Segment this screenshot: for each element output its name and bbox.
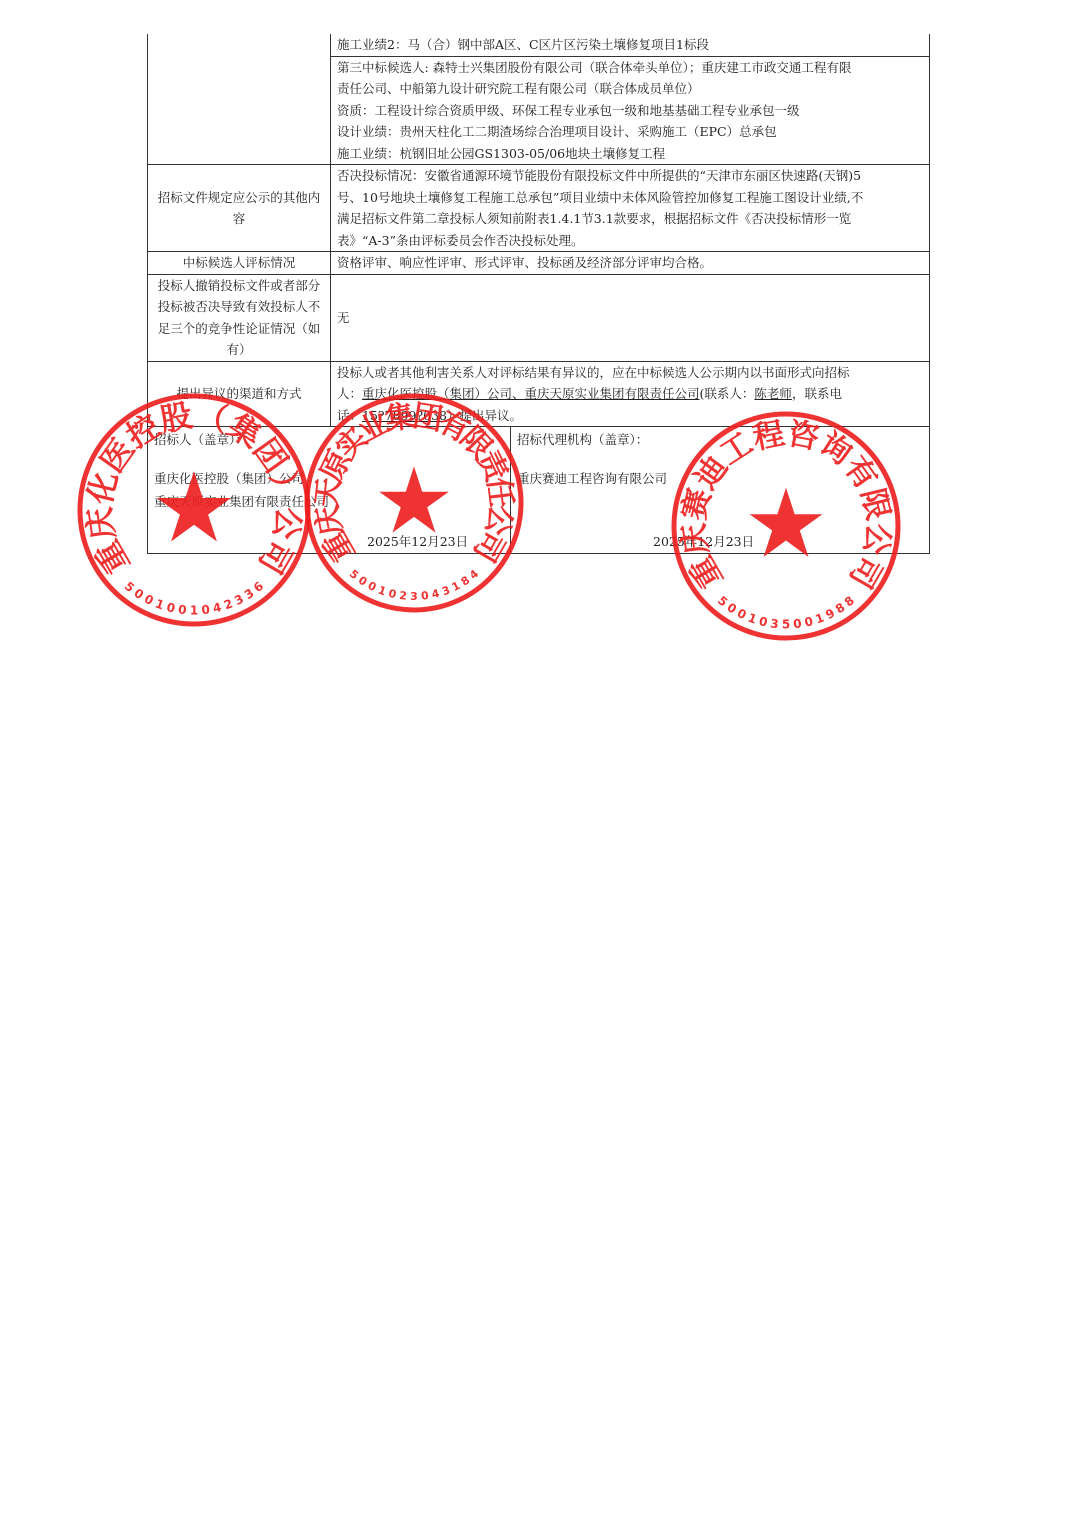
svg-text:0: 0 bbox=[387, 587, 398, 601]
svg-text:0: 0 bbox=[201, 602, 211, 617]
document-page: 施工业绩2：马（合）钢中部A区、C区片区污染土壤修复项目1标段 第三中标候选人:… bbox=[0, 0, 1074, 1520]
row-label bbox=[148, 56, 331, 165]
svg-text:0: 0 bbox=[792, 616, 802, 631]
row-label-other-content: 招标文件规定应公示的其他内容 bbox=[148, 165, 331, 252]
svg-text:1: 1 bbox=[190, 604, 198, 618]
svg-text:4: 4 bbox=[467, 567, 481, 582]
contact-name: 陈老师 bbox=[754, 386, 792, 401]
svg-text:1: 1 bbox=[153, 596, 166, 612]
table-row: 中标候选人评标情况 资格评审、响应性评审、形式评审、投标函及经济部分评审均合格。 bbox=[148, 252, 930, 275]
row-label bbox=[148, 34, 331, 56]
table-row: 招标文件规定应公示的其他内容 否决投标情况：安徽省通源环境节能股份有限投标文件中… bbox=[148, 165, 930, 252]
company-seal-stamp: 重庆天原实业集团有限责任公司5001023043184 bbox=[303, 392, 525, 614]
agency-name: 重庆赛迪工程咨询有限公司 bbox=[517, 467, 667, 490]
company-seal-stamp: 重庆赛迪工程咨询有限公司5001035001988 bbox=[670, 410, 902, 642]
svg-text:3: 3 bbox=[410, 590, 418, 603]
rejection-content: 否决投标情况：安徽省通源环境节能股份有限投标文件中所提供的“天津市东丽区快速路(… bbox=[331, 165, 930, 252]
svg-text:0: 0 bbox=[803, 614, 814, 630]
agency-seal-label: 招标代理机构（盖章）： bbox=[517, 429, 648, 451]
row-label-competitive: 投标人撤销投标文件或者部分投标被否决导致有效投标人不足三个的竞争性论证情况（如有… bbox=[148, 274, 331, 361]
svg-text:1: 1 bbox=[746, 611, 759, 627]
table-row: 施工业绩2：马（合）钢中部A区、C区片区污染土壤修复项目1标段 bbox=[148, 34, 930, 56]
row-label-evaluation: 中标候选人评标情况 bbox=[148, 252, 331, 275]
svg-text:2: 2 bbox=[399, 589, 408, 603]
competitive-content: 无 bbox=[331, 274, 930, 361]
svg-text:庆: 庆 bbox=[80, 505, 122, 542]
svg-text:1: 1 bbox=[376, 583, 388, 598]
svg-text:5: 5 bbox=[782, 618, 790, 632]
svg-text:3: 3 bbox=[440, 583, 452, 598]
svg-text:0: 0 bbox=[420, 589, 429, 603]
svg-text:0: 0 bbox=[758, 614, 769, 630]
row-content: 施工业绩2：马（合）钢中部A区、C区片区污染土壤修复项目1标段 bbox=[331, 34, 930, 56]
svg-text:4: 4 bbox=[211, 600, 222, 616]
svg-text:司: 司 bbox=[251, 534, 300, 581]
svg-text:0: 0 bbox=[165, 600, 176, 616]
svg-text:股: 股 bbox=[157, 396, 196, 439]
table-row: 投标人撤销投标文件或者部分投标被否决导致有效投标人不足三个的竞争性论证情况（如有… bbox=[148, 274, 930, 361]
svg-text:0: 0 bbox=[177, 602, 187, 617]
svg-text:3: 3 bbox=[770, 616, 780, 631]
svg-text:庆: 庆 bbox=[675, 521, 715, 557]
svg-text:程: 程 bbox=[750, 416, 787, 457]
table-row: 第三中标候选人: 森特士兴集团股份有限公司（联合体牵头单位）；重庆建工市政交通工… bbox=[148, 56, 930, 165]
company-seal-stamp: 重庆化医控股（集团）公司5001001042336 bbox=[76, 392, 312, 628]
third-candidate-content: 第三中标候选人: 森特士兴集团股份有限公司（联合体牵头单位）；重庆建工市政交通工… bbox=[331, 56, 930, 165]
evaluation-content: 资格评审、响应性评审、形式评审、投标函及经济部分评审均合格。 bbox=[331, 252, 930, 275]
svg-text:4: 4 bbox=[430, 587, 441, 601]
